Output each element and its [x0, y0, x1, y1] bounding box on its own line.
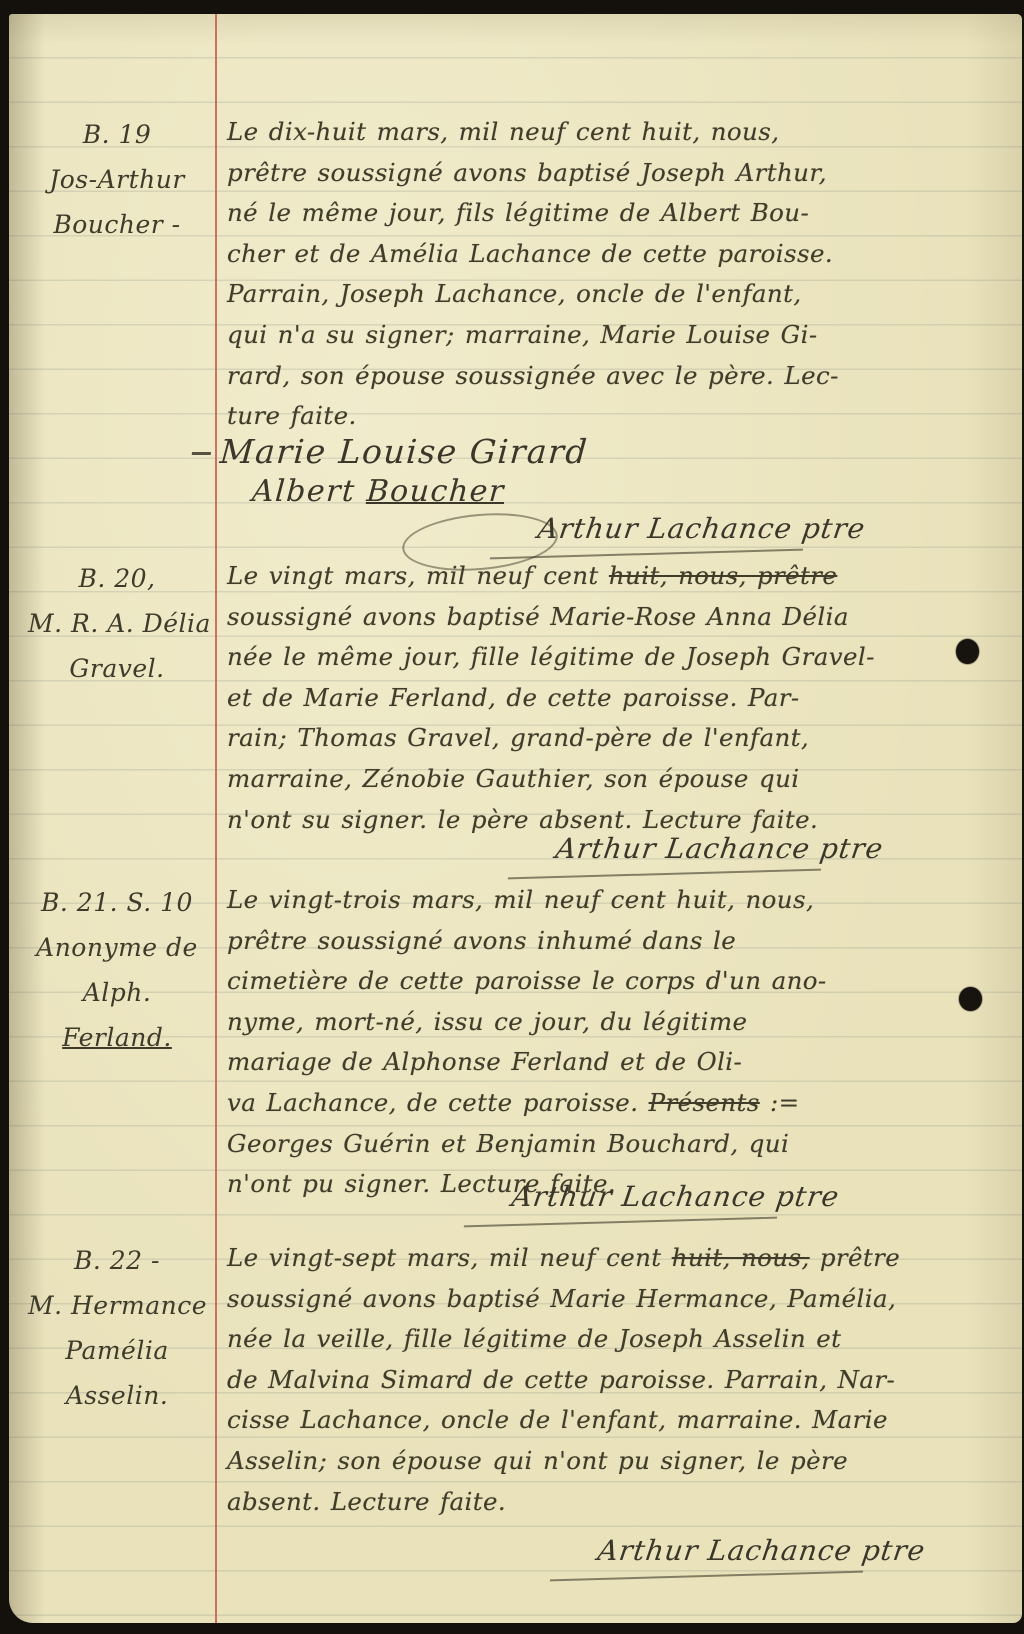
- record-text-line: né le même jour, fils légitime de Albert…: [227, 193, 943, 234]
- record-text-line: et de Marie Ferland, de cette paroisse. …: [227, 678, 943, 719]
- record-text-line: cher et de Amélia Lachance de cette paro…: [227, 234, 943, 275]
- ink-dot: [956, 639, 979, 664]
- red-margin-rule: [215, 14, 217, 1623]
- entry-margin-label: Anonyme de: [28, 925, 206, 970]
- priest-signature: Arthur Lachance ptre: [554, 832, 886, 865]
- struck-text: huit, nous, prêtre: [609, 561, 837, 590]
- priest-signature: Arthur Lachance ptre: [510, 1180, 842, 1213]
- entry-margin-label: B. 19: [28, 112, 206, 157]
- priest-signature: Arthur Lachance ptre: [596, 1534, 928, 1567]
- priest-signature: Arthur Lachance ptre: [536, 512, 868, 545]
- record-text-line: Le vingt-trois mars, mil neuf cent huit,…: [227, 880, 943, 921]
- record-text-line: cimetière de cette paroisse le corps d'u…: [227, 961, 943, 1002]
- entry-margin-column: B. 21. S. 10Anonyme deAlph.Ferland.: [28, 880, 206, 1060]
- entry-record-text: Le vingt-trois mars, mil neuf cent huit,…: [227, 880, 943, 1205]
- record-text-line: de Malvina Simard de cette paroisse. Par…: [227, 1360, 943, 1401]
- underlined-text: Ferland.: [62, 1023, 172, 1052]
- entry-margin-column: B. 22 -M. HermancePaméliaAsselin.: [28, 1238, 206, 1418]
- entry-margin-label: B. 20,: [28, 556, 206, 601]
- ink-dot: [959, 987, 982, 1011]
- underlined-text: Boucher: [365, 474, 506, 509]
- record-text-line: absent. Lecture faite.: [227, 1482, 943, 1523]
- record-text-line: née le même jour, fille légitime de Jose…: [227, 637, 943, 678]
- entry-margin-label: Ferland.: [28, 1015, 206, 1060]
- record-text-line: qui n'a su signer; marraine, Marie Louis…: [227, 315, 943, 356]
- entry-margin-label: M. R. A. Délia: [28, 601, 206, 646]
- entry-record-text: Le vingt-sept mars, mil neuf cent huit, …: [227, 1238, 943, 1522]
- entry-margin-label: B. 21. S. 10: [28, 880, 206, 925]
- record-text-line: soussigné avons baptisé Marie Hermance, …: [227, 1279, 943, 1320]
- record-text-line: marraine, Zénobie Gauthier, son épouse q…: [227, 759, 943, 800]
- record-text-line: rard, son épouse soussignée avec le père…: [227, 356, 943, 397]
- record-text-line: ture faite.: [227, 396, 943, 437]
- record-text-line: Parrain, Joseph Lachance, oncle de l'enf…: [227, 274, 943, 315]
- entry-margin-label: Asselin.: [28, 1373, 206, 1418]
- entry-record-text: Le vingt mars, mil neuf cent huit, nous,…: [227, 556, 943, 840]
- entry-record-text: Le dix-huit mars, mil neuf cent huit, no…: [227, 112, 943, 437]
- entry-margin-column: B. 20,M. R. A. DéliaGravel.: [28, 556, 206, 691]
- record-text-line: Le vingt mars, mil neuf cent huit, nous,…: [227, 556, 943, 597]
- entry-margin-label: Pamélia: [28, 1328, 206, 1373]
- record-text-line: Asselin; son épouse qui n'ont pu signer,…: [227, 1441, 943, 1482]
- entry-margin-label: M. Hermance: [28, 1283, 206, 1328]
- entry-margin-label: Boucher -: [28, 202, 206, 247]
- party-signature: Albert Boucher: [251, 474, 506, 509]
- record-text-line: nyme, mort-né, issu ce jour, du légitime: [227, 1002, 943, 1043]
- record-text-line: cisse Lachance, oncle de l'enfant, marra…: [227, 1400, 943, 1441]
- record-text-line: Le vingt-sept mars, mil neuf cent huit, …: [227, 1238, 943, 1279]
- entry-margin-label: Jos-Arthur: [28, 157, 206, 202]
- record-text-line: soussigné avons baptisé Marie-Rose Anna …: [227, 597, 943, 638]
- record-text-line: rain; Thomas Gravel, grand-père de l'enf…: [227, 718, 943, 759]
- entry-margin-label: Alph.: [28, 970, 206, 1015]
- record-text-line: mariage de Alphonse Ferland et de Oli-: [227, 1042, 943, 1083]
- record-text-line: Georges Guérin et Benjamin Bouchard, qui: [227, 1124, 943, 1165]
- party-signature: Marie Louise Girard: [219, 432, 590, 471]
- record-text-line: prêtre soussigné avons inhumé dans le: [227, 921, 943, 962]
- struck-text: Présents: [649, 1088, 760, 1117]
- register-page-scan: B. 19Jos-ArthurBoucher -Le dix-huit mars…: [0, 0, 1024, 1634]
- entry-margin-column: B. 19Jos-ArthurBoucher -: [28, 112, 206, 247]
- record-text-line: née la veille, fille légitime de Joseph …: [227, 1319, 943, 1360]
- record-text-line: va Lachance, de cette paroisse. Présents…: [227, 1083, 943, 1124]
- record-text-line: prêtre soussigné avons baptisé Joseph Ar…: [227, 153, 943, 194]
- entry-margin-label: Gravel.: [28, 646, 206, 691]
- entry-margin-label: B. 22 -: [28, 1238, 206, 1283]
- record-text-line: Le dix-huit mars, mil neuf cent huit, no…: [227, 112, 943, 153]
- struck-text: huit, nous,: [672, 1243, 810, 1272]
